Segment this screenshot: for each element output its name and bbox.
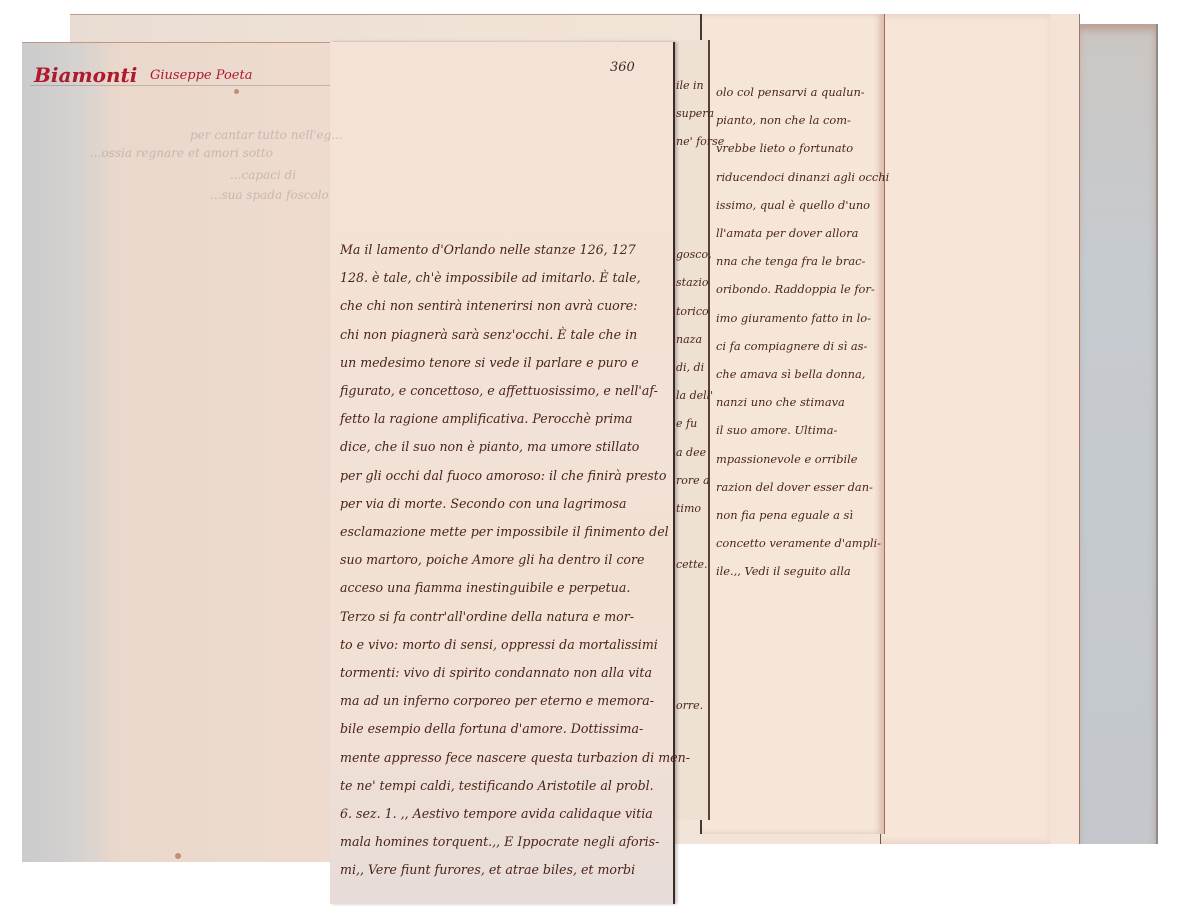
ink-stain <box>234 89 239 94</box>
ghost-text-line: ...ossia regnare et amori sotto <box>90 146 273 160</box>
ghost-text-line: ...sua spada foscolo <box>210 188 329 202</box>
text-line: il suo amore. Ultima- <box>716 416 889 444</box>
ghost-text-line: per cantar tutto nell'eg... <box>190 128 343 142</box>
text-line: razion del dover esser dan- <box>716 473 889 501</box>
text-line: Terzo si fa contr'all'ordine della natur… <box>340 603 690 631</box>
text-line: gosco, <box>676 241 724 269</box>
text-line: che chi non sentirà intenerirsi non avrà… <box>340 292 690 320</box>
right-page-edge <box>1050 14 1080 844</box>
text-line: naza <box>676 326 724 354</box>
text-line: timo <box>676 495 724 523</box>
text-line: cette. <box>676 551 724 579</box>
text-line: issimo, qual è quello d'uno <box>716 191 889 219</box>
text-line <box>676 636 724 664</box>
text-line: la dell' <box>676 382 724 410</box>
text-line <box>676 608 724 636</box>
text-line <box>676 580 724 608</box>
text-line <box>676 213 724 241</box>
ink-stain <box>175 853 181 859</box>
text-line: dice, che il suo non è pianto, ma umore … <box>340 433 690 461</box>
left-page <box>22 42 342 862</box>
ghost-text-line: ...capaci di <box>230 168 296 182</box>
text-line: non fia pena eguale a sì <box>716 501 889 529</box>
text-line: to e vivo: morto di sensi, oppressi da m… <box>340 631 690 659</box>
text-line: suo martoro, poiche Amore gli ha dentro … <box>340 546 690 574</box>
back-blue-sheet <box>1078 24 1158 844</box>
text-line: 6. sez. 1. ,, Aestivo tempore avida cali… <box>340 800 690 828</box>
main-page-text: Ma il lamento d'Orlando nelle stanze 126… <box>340 236 690 885</box>
right-blank-page <box>880 14 1060 844</box>
text-line: Ma il lamento d'Orlando nelle stanze 126… <box>340 236 690 264</box>
text-line: mi,, Vere fiunt furores, et atrae biles,… <box>340 856 690 884</box>
text-line: 128. è tale, ch'è impossibile ad imitarl… <box>340 264 690 292</box>
text-line: riducendoci dinanzi agli occhi <box>716 163 889 191</box>
text-line: olo col pensarvi a qualun- <box>716 78 889 106</box>
text-line: chi non piagnerà sarà senz'occhi. È tale… <box>340 321 690 349</box>
text-line: supera <box>676 100 724 128</box>
text-line: ne' forse <box>676 128 724 156</box>
text-line: che amava sì bella donna, <box>716 360 889 388</box>
text-line: nanzi uno che stimava <box>716 388 889 416</box>
text-line: esclamazione mette per impossibile il fi… <box>340 518 690 546</box>
text-line <box>676 157 724 185</box>
text-line: ile.,, Vedi il seguito alla <box>716 557 889 585</box>
text-line: per gli occhi dal fuoco amoroso: il che … <box>340 462 690 490</box>
text-line: ile in <box>676 72 724 100</box>
text-line: mpassionevole e orribile <box>716 445 889 473</box>
text-line: tormenti: vivo di spirito condannato non… <box>340 659 690 687</box>
text-line: fetto la ragione amplificativa. Perocchè… <box>340 405 690 433</box>
text-line: un medesimo tenore si vede il parlare e … <box>340 349 690 377</box>
text-line: rore a <box>676 467 724 495</box>
text-line: concetto veramente d'ampli- <box>716 529 889 557</box>
text-line: e fu <box>676 410 724 438</box>
text-line: di, di <box>676 354 724 382</box>
text-line: imo giuramento fatto in lo- <box>716 304 889 332</box>
text-line: ll'amata per dover allora <box>716 219 889 247</box>
header-given-name: Giuseppe Poeta <box>150 68 252 83</box>
narrow-page-text: ile in supera ne' forse gosco, stazio to… <box>676 72 724 721</box>
middle-page-text: olo col pensarvi a qualun- pianto, non c… <box>716 78 889 586</box>
text-line: acceso una fiamma inestinguibile e perpe… <box>340 574 690 602</box>
text-line: bile esempio della fortuna d'amore. Dott… <box>340 715 690 743</box>
text-line: figurato, e concettoso, e affettuosissim… <box>340 377 690 405</box>
text-line: ma ad un inferno corporeo per eterno e m… <box>340 687 690 715</box>
text-line: ci fa compiagnere di sì as- <box>716 332 889 360</box>
header-surname: Biamonti <box>34 63 137 87</box>
text-line: pianto, non che la com- <box>716 106 889 134</box>
text-line: te ne' tempi caldi, testificando Aristot… <box>340 772 690 800</box>
text-line: vrebbe lieto o fortunato <box>716 134 889 162</box>
text-line <box>676 523 724 551</box>
text-line: nna che tenga fra le brac- <box>716 247 889 275</box>
text-line: orre. <box>676 692 724 720</box>
text-line: torico <box>676 298 724 326</box>
text-line: per via di morte. Secondo con una lagrim… <box>340 490 690 518</box>
text-line <box>676 664 724 692</box>
text-line <box>676 185 724 213</box>
text-line: mala homines torquent.,, E Ippocrate neg… <box>340 828 690 856</box>
page-number: 360 <box>610 60 635 75</box>
text-line: a dee <box>676 439 724 467</box>
text-line: mente appresso fece nascere questa turba… <box>340 744 690 772</box>
text-line: stazio <box>676 269 724 297</box>
text-line: oribondo. Raddoppia le for- <box>716 275 889 303</box>
